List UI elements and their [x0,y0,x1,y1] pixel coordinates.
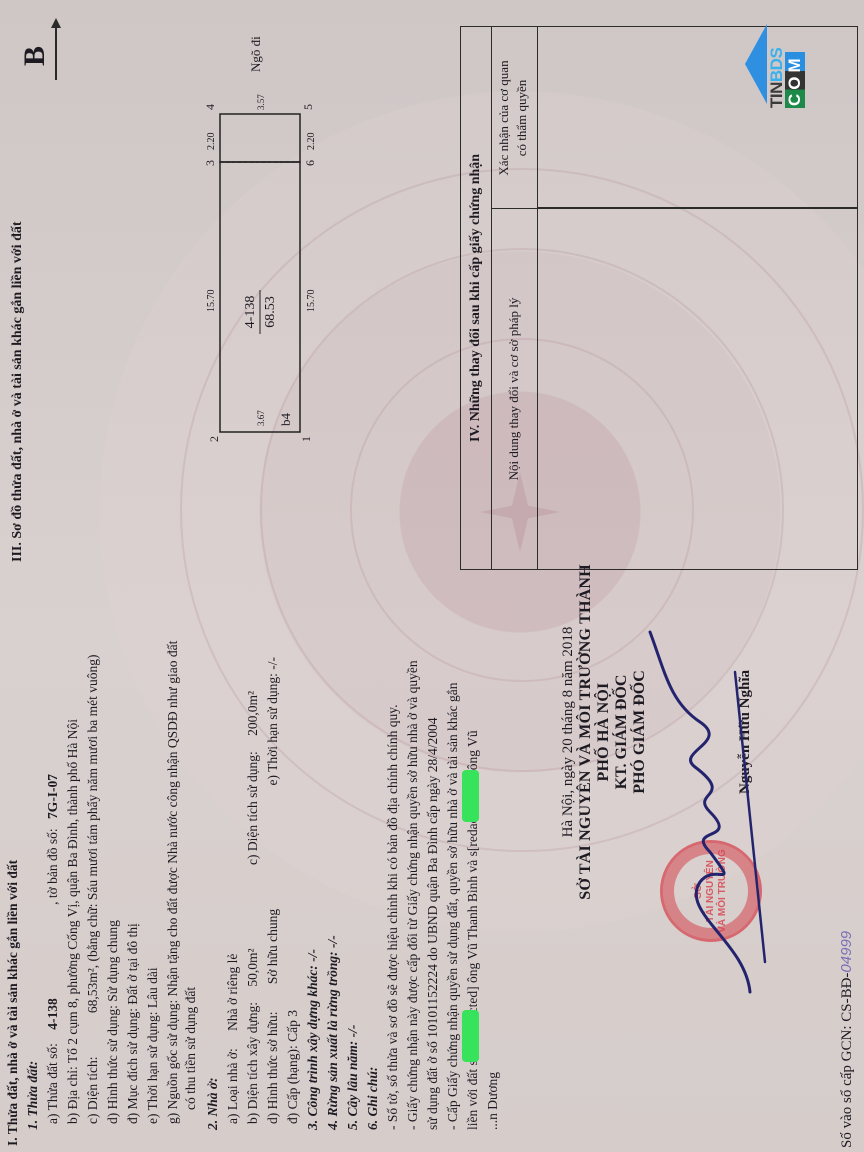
use-area-value: 200,0m² [245,691,260,736]
use-purpose: đ) Mục đích sử dụng: Đất ở tại đô thị [124,923,142,1124]
logo-com: COM [785,52,805,108]
certificate-number: Số vào sổ cấp GCN: CS-BĐ-04999 [838,931,856,1148]
map-sheet-value: 7G-I-07 [45,774,60,819]
section-title: I. Thửa đất, nhà ở và tài sản khác gắn l… [4,860,22,1146]
svg-text:3.67: 3.67 [256,410,266,426]
ownership-row: d) Hình thức sở hữu: Sở hữu chung e) Thờ… [264,657,282,1124]
svg-text:b4: b4 [278,413,293,427]
note-line: - Cấp Giấy chứng nhận quyền sử dụng đất,… [444,682,462,1130]
land-heading: 1. Thửa đất: [24,1061,42,1130]
svg-text:Ngõ đi: Ngõ đi [248,36,263,72]
svg-text:3: 3 [203,160,217,166]
house-type-label: a) Loại nhà ở: [225,1048,240,1124]
map-sheet-label: , tờ bản đồ số: [45,828,60,905]
svg-text:6: 6 [303,160,317,166]
forest: 4. Rừng sản xuất là rừng trồng: -/- [324,935,342,1130]
svg-text:15.70: 15.70 [306,290,317,313]
note-line: - Số tờ, số thửa và sơ đồ sẽ được hiệu c… [384,705,402,1130]
svg-text:2.20: 2.20 [306,133,317,151]
changes-table-title: IV. Những thay đổi sau khi cấp giấy chứn… [461,27,492,569]
house-type-row: a) Loại nhà ở: Nhà ở riêng lẻ [224,954,242,1124]
svg-text:4-138: 4-138 [243,296,258,329]
other-works: 3. Công trình xây dựng khác: -/- [304,949,322,1130]
build-area-label: b) Diện tích xây dựng: [245,1002,260,1124]
parcel-value: 4-138 [45,998,60,1030]
notes-heading: 6. Ghi chú: [364,1067,382,1130]
svg-text:2: 2 [207,436,221,442]
house-grade: đ) Cấp (hạng): Cấp 3 [284,1010,302,1124]
on-behalf: KT. GIÁM ĐỐC [613,562,631,902]
house-type-value: Nhà ở riêng lẻ [225,954,240,1031]
note-line: ...n Dương [484,1072,502,1130]
svg-text:68.53: 68.53 [263,296,278,328]
confirmation-line-2: có thẩm quyền [513,28,531,208]
note-line: sử dụng đất ở số 10101152224 do UBND quậ… [424,717,442,1130]
use-area-label: c) Diện tích sử dụng: [245,751,260,865]
area-value: 68,53m² [85,968,100,1013]
land-plot-diagram: 1 2 3 4 5 6 3.67 15.70 15.70 2.20 2.20 3… [180,32,440,452]
parcel-number-row: a) Thửa đất số: 4-138 , tờ bản đồ số: 7G… [44,774,62,1124]
svg-text:2.20: 2.20 [206,133,217,151]
logo-tin: TIN [767,82,786,108]
note-line: - Giấy chứng nhận này được cấp đổi từ Gi… [404,660,422,1130]
svg-text:3.57: 3.57 [256,94,266,110]
redaction-mark [462,1010,479,1062]
column-header-confirmation: Xác nhận của cơ quan có thẩm quyền [495,28,531,208]
house-heading: 2. Nhà ở: [204,1077,222,1130]
use-form: d) Hình thức sử dụng: Sử dụng chung [104,920,122,1124]
certificate-sheet: I. Thửa đất, nhà ở và tài sản khác gắn l… [0,0,864,1152]
logo-bds: BDS [767,48,786,82]
origin-cont: có thu tiền sử dụng đất [182,987,200,1110]
use-term: e) Thời hạn sử dụng: Lâu dài [144,967,162,1124]
build-area-row: b) Diện tích xây dựng: 50,0m² c) Diện tí… [244,691,262,1124]
confirmation-line-1: Xác nhận của cơ quan [495,28,513,208]
issuing-organization: SỞ TÀI NGUYÊN VÀ MÔI TRƯỜNG THÀNH PHỐ HÀ… [577,562,613,902]
ownership-label: d) Hình thức sở hữu: [265,1011,280,1124]
cert-number-label: Số vào sổ cấp GCN: CS-BĐ- [839,973,855,1148]
cert-number-handwritten: 04999 [838,931,855,973]
house-term: e) Thời hạn sử dụng: -/- [265,657,280,786]
redaction-mark [462,770,479,822]
svg-text:4: 4 [203,104,217,110]
column-header-change-content: Nội dung thay đổi và cơ sở pháp lý [491,208,537,569]
place-date: Hà Nội, ngày 20 tháng 8 năm 2018 [560,562,577,902]
area-row: c) Diện tích: 68,53m², (bằng chữ: Sáu mư… [84,655,102,1124]
tinbds-watermark-logo: TINBDS COM [745,22,815,112]
north-arrow-icon [55,20,57,80]
logo-top-text: TINBDS [767,48,787,108]
origin: g) Nguồn gốc sử dụng: Nhận tặng cho đất … [164,641,182,1124]
area-label: c) Diện tích: [85,1057,100,1124]
address: b) Địa chỉ: Tổ 2 cụm 8, phường Cống Vị, … [64,719,82,1124]
perennial: 5. Cây lâu năm: -/- [344,1025,362,1130]
svg-text:15.70: 15.70 [206,290,217,313]
parcel-label: a) Thửa đất số: [45,1043,60,1124]
area-words: , (bằng chữ: Sáu mươi tám phẩy năm mươi … [85,655,100,969]
svg-text:5: 5 [301,104,315,110]
handwritten-signature [640,622,780,1002]
ownership-value: Sở hữu chung [265,909,280,984]
north-label: B [18,46,52,66]
changes-table-header: Nội dung thay đổi và cơ sở pháp lý Xác n… [491,27,538,569]
column-divider [537,208,857,210]
section-3-title: III. Sơ đồ thửa đất, nhà ở và tài sản kh… [10,221,26,562]
build-area-value: 50,0m² [245,948,260,986]
house-roof-icon [745,24,767,104]
svg-text:1: 1 [299,436,313,442]
